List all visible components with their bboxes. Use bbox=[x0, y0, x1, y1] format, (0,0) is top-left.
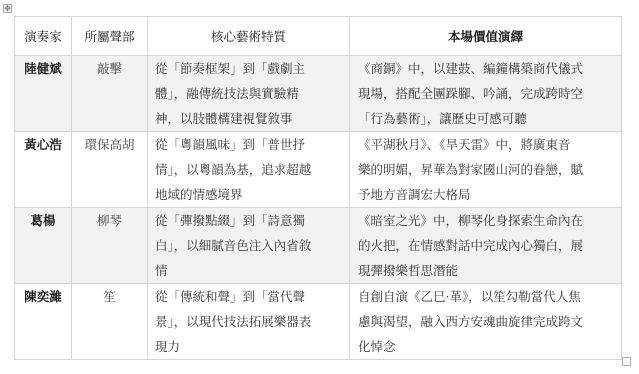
header-performer: 演奏家 bbox=[15, 17, 72, 56]
text-line: 的火把，在情感對話中完成內心獨白，展 bbox=[358, 233, 615, 258]
table-row: 葛楊 柳琴 從「彈撥點綴」到「詩意獨 白」，以細膩音色注入內省敘 情 《暗室之光… bbox=[15, 208, 622, 284]
text-line: 樂的明媚，昇華為對家國山河的眷戀，賦 bbox=[358, 157, 615, 182]
header-performance-value: 本場價值演繹 bbox=[350, 17, 622, 56]
performance-value-cell[interactable]: 《平湖秋月》、《旱天雷》中，將廣東音 樂的明媚，昇華為對家國山河的眷戀，賦 予地… bbox=[350, 132, 622, 208]
performance-value-cell[interactable]: 《暗室之光》中，柳琴化身探索生命內在 的火把，在情感對話中完成內心獨白，展 現彈… bbox=[350, 208, 622, 284]
performance-value-cell[interactable]: 自創自演《乙巳·革》，以笙勾勒當代人焦 慮與渴望，融入西方安魂曲旋律完成跨文 化… bbox=[350, 284, 622, 360]
core-traits-cell[interactable]: 從「粵韻風味」到「普世抒 情」，以粵韻為基，追求超越 地域的情感境界 bbox=[148, 132, 350, 208]
table-resize-handle-icon[interactable] bbox=[622, 357, 631, 366]
table-header-row: 演奏家 所屬聲部 核心藝術特質 本場價值演繹 bbox=[15, 17, 622, 56]
text-line: 化悼念 bbox=[358, 334, 615, 359]
table-row: 陸健斌 敲擊 從「節奏框架」到「戲劇主 體」，融傳統技法與實驗精 神，以肢體構建… bbox=[15, 56, 622, 132]
section-name[interactable]: 環保高胡 bbox=[72, 132, 148, 208]
text-line: 從「節奏框架」到「戲劇主 bbox=[155, 56, 343, 81]
text-line: 情 bbox=[155, 258, 343, 283]
text-line: 地域的情感境界 bbox=[155, 182, 343, 207]
performer-name[interactable]: 陳奕濰 bbox=[15, 284, 72, 360]
core-traits-cell[interactable]: 從「傳統和聲」到「當代聲 景」，以現代技法拓展樂器表 現力 bbox=[148, 284, 350, 360]
document-page: ✥ 演奏家 所屬聲部 核心藝術特質 本場價值演繹 陸健斌 敲擊 從「節奏框架」到… bbox=[0, 0, 639, 374]
table-row: 黃心浩 環保高胡 從「粵韻風味」到「普世抒 情」，以粵韻為基，追求超越 地域的情… bbox=[15, 132, 622, 208]
text-line: 從「傳統和聲」到「當代聲 bbox=[155, 284, 343, 309]
performers-table: 演奏家 所屬聲部 核心藝術特質 本場價值演繹 陸健斌 敲擊 從「節奏框架」到「戲… bbox=[14, 16, 622, 360]
text-line: 慮與渴望，融入西方安魂曲旋律完成跨文 bbox=[358, 309, 615, 334]
text-line: 體」，融傳統技法與實驗精 bbox=[155, 81, 343, 106]
text-line: 予地方音調宏大格局 bbox=[358, 182, 615, 207]
section-name[interactable]: 笙 bbox=[72, 284, 148, 360]
text-line: 白」，以細膩音色注入內省敘 bbox=[155, 233, 343, 258]
performer-name[interactable]: 葛楊 bbox=[15, 208, 72, 284]
text-line: 「行為藝術」，讓歷史可感可聽 bbox=[358, 106, 615, 131]
section-name[interactable]: 柳琴 bbox=[72, 208, 148, 284]
header-section: 所屬聲部 bbox=[72, 17, 148, 56]
core-traits-cell[interactable]: 從「節奏框架」到「戲劇主 體」，融傳統技法與實驗精 神，以肢體構建視覺敘事 bbox=[148, 56, 350, 132]
table-move-handle-icon[interactable]: ✥ bbox=[3, 4, 12, 13]
table-row: 陳奕濰 笙 從「傳統和聲」到「當代聲 景」，以現代技法拓展樂器表 現力 自創自演… bbox=[15, 284, 622, 360]
text-line: 現彈撥樂哲思潛能 bbox=[358, 258, 615, 283]
header-core-traits: 核心藝術特質 bbox=[148, 17, 350, 56]
performer-name[interactable]: 陸健斌 bbox=[15, 56, 72, 132]
section-name[interactable]: 敲擊 bbox=[72, 56, 148, 132]
text-line: 現場，搭配全團跺腳、吟誦，完成跨時空 bbox=[358, 81, 615, 106]
performance-value-cell[interactable]: 《商銅》中，以建鼓、編鐘構築商代儀式 現場，搭配全團跺腳、吟誦，完成跨時空 「行… bbox=[350, 56, 622, 132]
text-line: 從「彈撥點綴」到「詩意獨 bbox=[155, 208, 343, 233]
text-line: 《暗室之光》中，柳琴化身探索生命內在 bbox=[358, 208, 615, 233]
text-line: 情」，以粵韻為基，追求超越 bbox=[155, 157, 343, 182]
text-line: 景」，以現代技法拓展樂器表 bbox=[155, 309, 343, 334]
text-line: 《商銅》中，以建鼓、編鐘構築商代儀式 bbox=[358, 56, 615, 81]
text-line: 《平湖秋月》、《旱天雷》中，將廣東音 bbox=[358, 132, 615, 157]
text-line: 神，以肢體構建視覺敘事 bbox=[155, 106, 343, 131]
text-line: 從「粵韻風味」到「普世抒 bbox=[155, 132, 343, 157]
text-line: 現力 bbox=[155, 334, 343, 359]
performer-name[interactable]: 黃心浩 bbox=[15, 132, 72, 208]
text-line: 自創自演《乙巳·革》，以笙勾勒當代人焦 bbox=[358, 284, 615, 309]
core-traits-cell[interactable]: 從「彈撥點綴」到「詩意獨 白」，以細膩音色注入內省敘 情 bbox=[148, 208, 350, 284]
